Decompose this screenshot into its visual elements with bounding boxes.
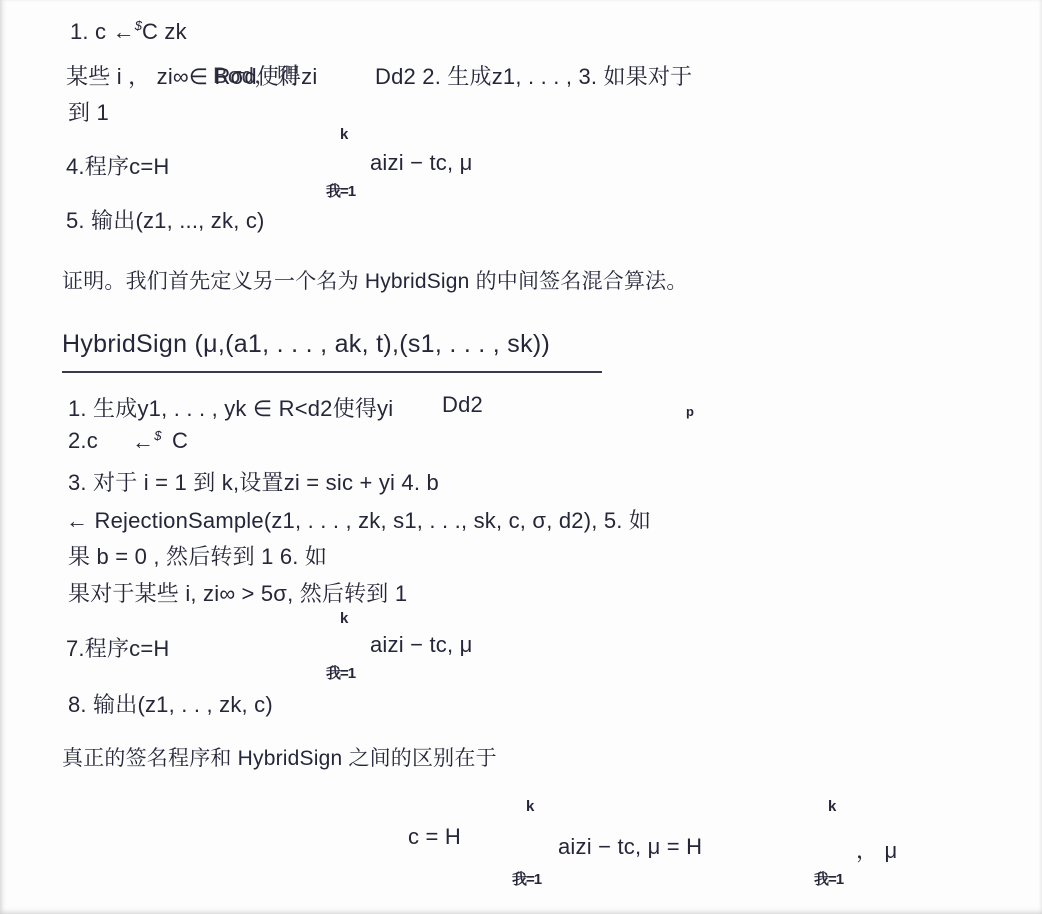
hybridsign-header: HybridSign (μ,(a1, . . . , ak, t),(s1, .… <box>62 330 550 359</box>
formula-lhs: c = H <box>408 824 461 850</box>
algo2-step4: ← RejectionSample(z1, . . . , zk, s1, . … <box>66 504 651 535</box>
formula-sum1-upper: k <box>526 798 533 815</box>
algo2-step1: 1. 生成y1, . . . , yk ∈ R<d2使得yi <box>68 392 393 423</box>
header-underline <box>62 371 602 373</box>
random-sample-sup-2: $ <box>154 428 161 443</box>
algo2-step1-tail: Dd2 <box>442 392 483 418</box>
algo2-step7-label: 7.程序c=H <box>66 632 169 663</box>
algo2-sum-lower: 我=1 <box>326 662 355 683</box>
algo2-step7-expr: aizi − tc, μ <box>370 632 473 658</box>
algo1-step1-suffix: C zk <box>142 19 187 44</box>
algo1-step1-prefix: 1. c ← <box>70 19 135 44</box>
algo2-sum-upper: k <box>340 610 347 627</box>
algo1-step2-overlay: Bσd，则 <box>213 59 299 90</box>
random-sample-sup: $ <box>135 18 142 33</box>
formula-mid: aizi − tc, μ = H <box>558 834 702 860</box>
algo1-step5: 5. 输出(z1, ..., zk, c) <box>66 204 265 235</box>
algo2-step2-arrow: ←$ <box>132 428 161 455</box>
algo1-step4-label: 4.程序c=H <box>66 150 169 181</box>
algo2-step2-set: C <box>172 428 188 454</box>
algo1-step1: 1. c ←$C zk <box>70 18 187 45</box>
closing-sentence: 真正的签名程序和 HybridSign 之间的区别在于 <box>62 742 497 772</box>
algo1-sum-upper: k <box>340 126 347 143</box>
algo1-step3: 到 1 <box>68 96 109 127</box>
algo2-step3: 3. 对于 i = 1 到 k,设置zi = sic + yi 4. b <box>68 466 439 497</box>
algo1-sum-lower: 我=1 <box>326 180 355 201</box>
proof-intro: 证明。我们首先定义另一个名为 HybridSign 的中间签名混合算法。 <box>62 265 688 295</box>
algo2-step8: 8. 输出(z1, . . , zk, c) <box>68 688 273 719</box>
algo1-step2-tail: Dd2 2. 生成z1, . . . , 3. 如果对于 <box>375 60 692 91</box>
arrow-glyph: ← <box>132 429 154 454</box>
algo2-step2-var: 2.c <box>68 428 98 454</box>
algo2-sup-p: p <box>686 404 694 419</box>
formula-tail: ， μ <box>856 834 897 865</box>
algo1-step4-expr: aizi − tc, μ <box>370 150 473 176</box>
formula-sum1-lower: 我=1 <box>512 868 541 889</box>
formula-sum2-upper: k <box>828 798 835 815</box>
formula-sum2-lower: 我=1 <box>814 868 843 889</box>
algo2-step5: 果 b = 0 , 然后转到 1 6. 如 <box>68 540 327 571</box>
algo2-step6: 果对于某些 i, zi∞ > 5σ, 然后转到 1 <box>68 577 407 608</box>
document-page: 1. c ←$C zk 某些 i ， zi∞∈ Rσd使得zi Bσd，则 Dd… <box>0 0 1042 914</box>
